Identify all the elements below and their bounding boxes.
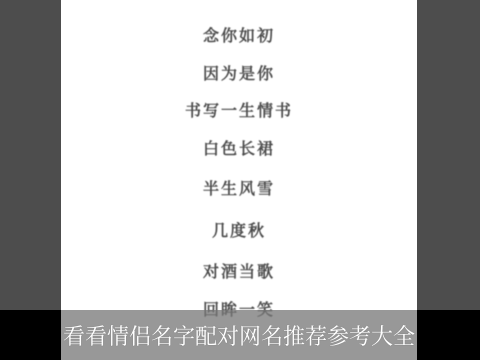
right-strip-gray-segment — [417, 0, 480, 310]
name-list-line: 半生风雪 — [61, 179, 417, 199]
name-list-line: 因为是你 — [61, 64, 417, 84]
caption-band: 看看情侣名字配对网名推荐参考大全 — [61, 310, 417, 360]
right-side-strip — [417, 0, 480, 360]
left-strip-black-segment — [0, 310, 61, 360]
name-list-line: 对酒当歌 — [61, 262, 417, 282]
left-strip-gray-segment — [0, 0, 61, 310]
name-list-line: 书写一生情书 — [61, 101, 417, 121]
page-background: 念你如初 因为是你 书写一生情书 白色长裙 半生风雪 几度秋 对酒当歌 回眸一笑… — [61, 0, 417, 360]
caption-title: 看看情侣名字配对网名推荐参考大全 — [63, 320, 415, 351]
name-list-line: 白色长裙 — [61, 139, 417, 159]
name-list-line: 几度秋 — [61, 221, 417, 241]
right-strip-black-segment — [417, 310, 480, 360]
name-list-line: 念你如初 — [61, 26, 417, 46]
left-side-strip — [0, 0, 61, 360]
video-thumbnail: 念你如初 因为是你 书写一生情书 白色长裙 半生风雪 几度秋 对酒当歌 回眸一笑… — [0, 0, 480, 360]
